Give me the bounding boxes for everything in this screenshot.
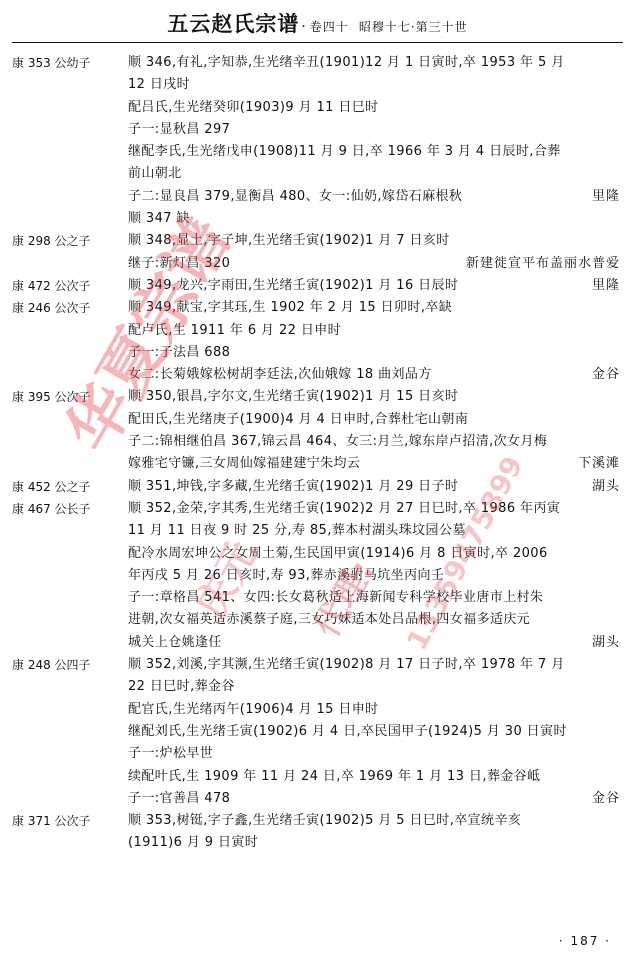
entry-text: 进朝,次女福英适赤溪蔡子庭,三女巧妹适本处吕品根,四女福多适庆元 <box>128 609 530 631</box>
entry-text: 顺 348,显土,字子坤,生光绪壬寅(1902)1 月 7 日亥时 <box>128 230 450 252</box>
entry-line: 康 472 公次子顺 349,龙兴,字雨田,生光绪壬寅(1902)1 月 16 … <box>0 275 635 297</box>
entry-line: 城关上仓姚逢任湖头 <box>0 632 635 654</box>
lineage-label: 康 371 公次子 <box>12 810 91 832</box>
lineage-label: 康 248 公四子 <box>12 654 91 676</box>
residence-place: 下溪滩 <box>578 453 620 475</box>
entry-line: 配冷水周宏坤公之女周土菊,生民国甲寅(1914)6 月 8 日寅时,卒 2006 <box>0 543 635 565</box>
entry-text: 子二:锦相继伯昌 367,锦云昌 464、女三:月兰,嫁东岸卢招清,次女月梅 <box>128 431 547 453</box>
residence-place: 湖头 <box>592 476 620 498</box>
residence-place: 里隆 <box>592 186 620 208</box>
entry-text: 继子:新灯昌 320 <box>128 253 230 275</box>
entry-line: 康 248 公四子顺 352,刘溪,字其濒,生光绪壬寅(1902)8 月 17 … <box>0 654 635 676</box>
entry-line: 配官氏,生光绪丙午(1906)4 月 15 日申时 <box>0 699 635 721</box>
entry-line: 子二:显良昌 379,显衡昌 480、女一:仙奶,嫁岱石麻根秋里隆 <box>0 186 635 208</box>
entry-line: 11 月 11 日夜 9 时 25 分,寿 85,葬本村湖头珠坟园公墓 <box>0 520 635 542</box>
entry-text: 顺 352,刘溪,字其濒,生光绪壬寅(1902)8 月 17 日子时,卒 197… <box>128 654 565 676</box>
entry-line: 继子:新灯昌 320新建徙宣平布盖丽水普爱 <box>0 253 635 275</box>
entry-line: 康 467 公长子顺 352,金荣,字其秀,生光绪壬寅(1902)2 月 27 … <box>0 498 635 520</box>
entry-text: 配官氏,生光绪丙午(1906)4 月 15 日申时 <box>128 699 379 721</box>
entry-line: 续配叶氏,生 1909 年 11 月 24 日,卒 1969 年 1 月 13 … <box>0 766 635 788</box>
genealogy-entries: 康 353 公幼子顺 346,有礼,字知恭,生光绪辛丑(1901)12 月 1 … <box>0 52 635 855</box>
entry-text: 22 日巳时,葬金谷 <box>128 676 235 698</box>
entry-line: 子一:章格昌 541、女四:长女葛秋适上海新闻专科学校毕业唐市上村朱 <box>0 587 635 609</box>
lineage-label: 康 353 公幼子 <box>12 52 91 74</box>
entry-line: 进朝,次女福英适赤溪蔡子庭,三女巧妹适本处吕品根,四女福多适庆元 <box>0 609 635 631</box>
entry-text: 前山朝北 <box>128 163 182 185</box>
header-rule <box>12 42 623 43</box>
entry-text: 续配叶氏,生 1909 年 11 月 24 日,卒 1969 年 1 月 13 … <box>128 766 540 788</box>
residence-place: 金谷 <box>592 788 620 810</box>
entry-text: 子一:子法昌 688 <box>128 342 230 364</box>
entry-text: 女二:长菊娥嫁松树胡李廷法,次仙娥嫁 18 曲刘品方 <box>128 364 432 386</box>
section-label: 昭穆十七·第三十世 <box>359 20 468 34</box>
entry-line: 子一:显秋昌 297 <box>0 119 635 141</box>
entry-text: 子一:显秋昌 297 <box>128 119 230 141</box>
residence-place: 金谷 <box>592 364 620 386</box>
volume-label: 卷四十 <box>310 20 349 34</box>
entry-text: 顺 349,献宝,字其珏,生 1902 年 2 月 15 日卯时,卒缺 <box>128 297 452 319</box>
entry-text: 子一:章格昌 541、女四:长女葛秋适上海新闻专科学校毕业唐市上村朱 <box>128 587 543 609</box>
residence-place: 湖头 <box>592 632 620 654</box>
entry-line: 子一:官善昌 478金谷 <box>0 788 635 810</box>
lineage-label: 康 472 公次子 <box>12 275 91 297</box>
entry-line: 配吕氏,生光绪癸卯(1903)9 月 11 日巳时 <box>0 97 635 119</box>
entry-text: 12 日戌时 <box>128 74 190 96</box>
entry-line: (1911)6 月 9 日寅时 <box>0 832 635 854</box>
lineage-label: 康 467 公长子 <box>12 498 91 520</box>
entry-line: 子一:炉松早世 <box>0 743 635 765</box>
entry-line: 康 452 公之子顺 351,坤钱,字多藏,生光绪壬寅(1902)1 月 29 … <box>0 476 635 498</box>
lineage-label: 康 246 公次子 <box>12 297 91 319</box>
entry-line: 继配李氏,生光绪戊申(1908)11 月 9 日,卒 1966 年 3 月 4 … <box>0 141 635 163</box>
entry-text: 继配刘氏,生光绪壬寅(1902)6 月 4 日,卒民国甲子(1924)5 月 3… <box>128 721 567 743</box>
page-number: · 187 · <box>559 934 611 948</box>
entry-text: 嫁雅宅守镰,三女周仙嫁福建建宁朱均云 <box>128 453 360 475</box>
entry-text: 顺 353,树铤,字子鑫,生光绪壬寅(1902)5 月 5 日巳时,卒宣统辛亥 <box>128 810 521 832</box>
genealogy-title: 五云赵氏宗谱 <box>167 11 299 36</box>
entry-line: 配田氏,生光绪庚子(1900)4 月 4 日申时,合葬杜宅山朝南 <box>0 409 635 431</box>
entry-line: 康 298 公之子顺 348,显土,字子坤,生光绪壬寅(1902)1 月 7 日… <box>0 230 635 252</box>
entry-text: 配冷水周宏坤公之女周土菊,生民国甲寅(1914)6 月 8 日寅时,卒 2006 <box>128 543 548 565</box>
entry-line: 康 353 公幼子顺 346,有礼,字知恭,生光绪辛丑(1901)12 月 1 … <box>0 52 635 74</box>
entry-text: 顺 351,坤钱,字多藏,生光绪壬寅(1902)1 月 29 日子时 <box>128 476 458 498</box>
entry-line: 年丙戌 5 月 26 日亥时,寿 93,葬赤溪驸马坑坐丙向壬 <box>0 565 635 587</box>
entry-line: 前山朝北 <box>0 163 635 185</box>
entry-line: 继配刘氏,生光绪壬寅(1902)6 月 4 日,卒民国甲子(1924)5 月 3… <box>0 721 635 743</box>
entry-text: 子二:显良昌 379,显衡昌 480、女一:仙奶,嫁岱石麻根秋 <box>128 186 462 208</box>
entry-line: 康 246 公次子顺 349,献宝,字其珏,生 1902 年 2 月 15 日卯… <box>0 297 635 319</box>
entry-text: 顺 349,龙兴,字雨田,生光绪壬寅(1902)1 月 16 日辰时 <box>128 275 458 297</box>
entry-text: 顺 350,银昌,字尔文,生光绪壬寅(1902)1 月 15 日亥时 <box>128 386 458 408</box>
entry-text: 继配李氏,生光绪戊申(1908)11 月 9 日,卒 1966 年 3 月 4 … <box>128 141 561 163</box>
entry-text: 子一:炉松早世 <box>128 743 213 765</box>
entry-text: 顺 346,有礼,字知恭,生光绪辛丑(1901)12 月 1 日寅时,卒 195… <box>128 52 565 74</box>
entry-text: 配吕氏,生光绪癸卯(1903)9 月 11 日巳时 <box>128 97 379 119</box>
entry-line: 顺 347 缺 <box>0 208 635 230</box>
entry-line: 康 395 公次子顺 350,银昌,字尔文,生光绪壬寅(1902)1 月 15 … <box>0 386 635 408</box>
page-header: 五云赵氏宗谱·卷四十昭穆十七·第三十世 <box>0 8 635 42</box>
entry-line: 子二:锦相继伯昌 367,锦云昌 464、女三:月兰,嫁东岸卢招清,次女月梅 <box>0 431 635 453</box>
residence-place: 里隆 <box>592 275 620 297</box>
entry-line: 康 371 公次子顺 353,树铤,字子鑫,生光绪壬寅(1902)5 月 5 日… <box>0 810 635 832</box>
entry-line: 22 日巳时,葬金谷 <box>0 676 635 698</box>
residence-place: 新建徙宣平布盖丽水普爱 <box>466 253 620 275</box>
entry-line: 子一:子法昌 688 <box>0 342 635 364</box>
entry-line: 嫁雅宅守镰,三女周仙嫁福建建宁朱均云下溪滩 <box>0 453 635 475</box>
header-separator: · <box>301 19 305 35</box>
entry-text: 顺 347 缺 <box>128 208 190 230</box>
lineage-label: 康 298 公之子 <box>12 230 91 252</box>
entry-text: 配田氏,生光绪庚子(1900)4 月 4 日申时,合葬杜宅山朝南 <box>128 409 468 431</box>
entry-text: 城关上仓姚逢任 <box>128 632 222 654</box>
lineage-label: 康 452 公之子 <box>12 476 91 498</box>
entry-text: 配卢氏,生 1911 年 6 月 22 日申时 <box>128 320 341 342</box>
entry-text: 年丙戌 5 月 26 日亥时,寿 93,葬赤溪驸马坑坐丙向壬 <box>128 565 444 587</box>
entry-text: (1911)6 月 9 日寅时 <box>128 832 258 854</box>
lineage-label: 康 395 公次子 <box>12 386 91 408</box>
entry-text: 11 月 11 日夜 9 时 25 分,寿 85,葬本村湖头珠坟园公墓 <box>128 520 466 542</box>
entry-line: 配卢氏,生 1911 年 6 月 22 日申时 <box>0 320 635 342</box>
entry-text: 顺 352,金荣,字其秀,生光绪壬寅(1902)2 月 27 日巳时,卒 198… <box>128 498 560 520</box>
entry-line: 女二:长菊娥嫁松树胡李廷法,次仙娥嫁 18 曲刘品方金谷 <box>0 364 635 386</box>
entry-text: 子一:官善昌 478 <box>128 788 230 810</box>
entry-line: 12 日戌时 <box>0 74 635 96</box>
